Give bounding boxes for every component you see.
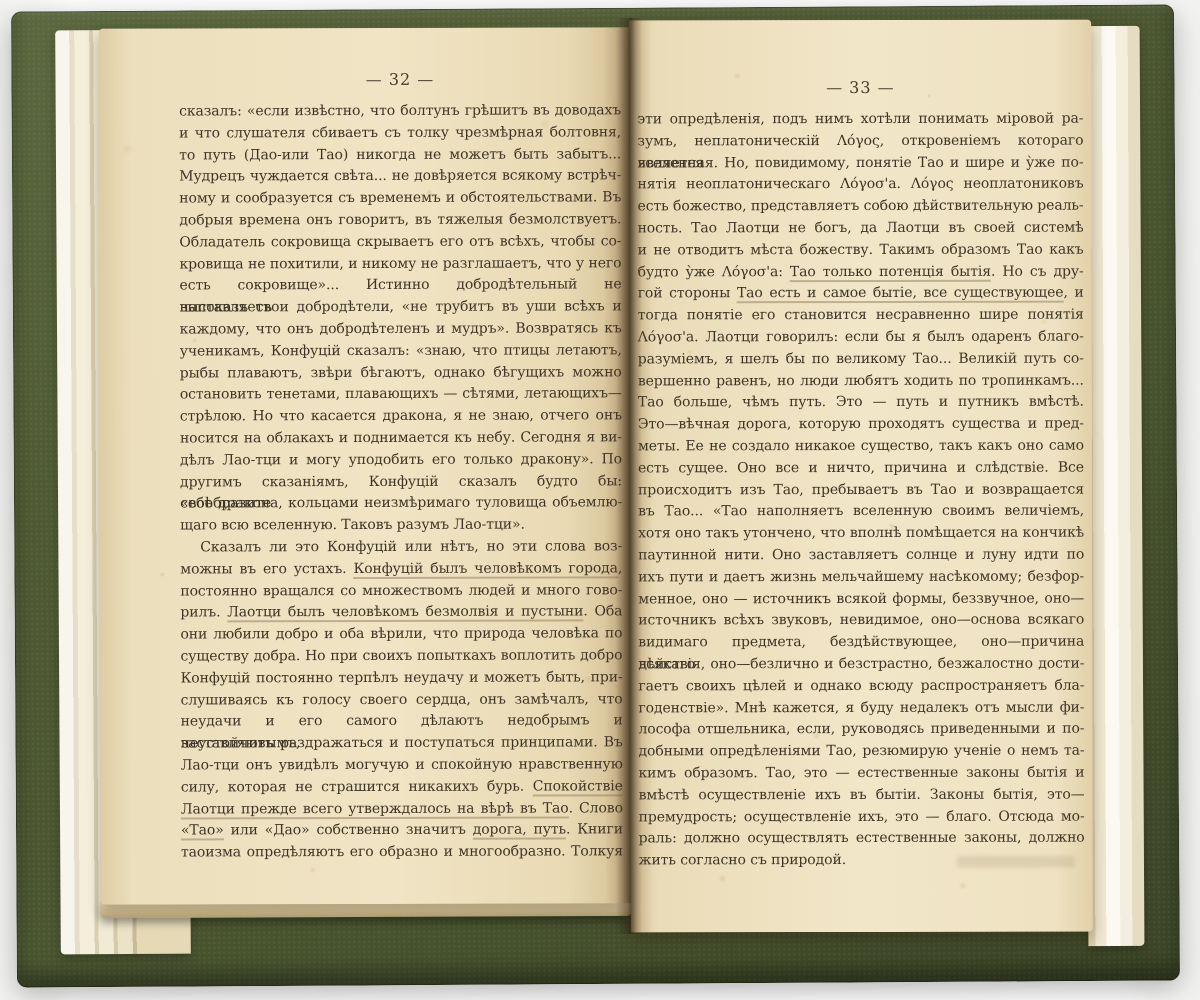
- text-line: ихъ пути и даетъ жизнь мельчайшему насѣк…: [638, 566, 1084, 589]
- pencil-underline: Лаотци прежде всего утверждалось на вѣрѣ…: [181, 800, 569, 819]
- text-line: ность. Тао Лаотци не богъ, да Лаотци въ …: [638, 218, 1084, 241]
- text-line: заставляютъ раздражаться и поступаться п…: [181, 732, 623, 755]
- text-line: и не отводитъ мѣста божеству. Такимъ обр…: [638, 239, 1084, 262]
- text-line: щаго всю вселенную. Таковъ разумъ Лао-тц…: [180, 514, 622, 537]
- text-line: постоянно вращался со множествомъ людей …: [180, 580, 622, 603]
- pencil-underline: Спокойствіе: [533, 778, 623, 796]
- text-line: Λόγοσ'а. Лаотци говорилъ: если бы я былъ…: [638, 327, 1084, 350]
- text-line: гаетъ своихъ цѣлей и однако всюду распро…: [638, 675, 1084, 698]
- page-number-header-33: — 33 —: [637, 78, 1083, 98]
- pencil-underline: дорога, путь: [473, 822, 566, 840]
- text-line: они любили добро и оба вѣрили, что приро…: [180, 623, 622, 646]
- text-line: неудачи и его самого дѣлаютъ недобрымъ и…: [181, 711, 623, 734]
- text-line: зумъ, неплатоническій Λόγος, откровеніем…: [637, 130, 1083, 153]
- text-line: гой стороны Тао есть и самое бытіе, все …: [638, 283, 1084, 306]
- text-line: добрыя времена онъ говоритъ, въ тяжелыя …: [179, 209, 621, 232]
- left-page: — 32 — сказалъ: «если извѣстно, что болт…: [99, 27, 631, 904]
- text-line: тогда понятіе его становится несравненно…: [638, 305, 1084, 328]
- text-line: то путь (Дао-или Тао) никогда не можетъ …: [179, 144, 621, 167]
- text-line: слушиваясь къ голосу своего сердца, онъ …: [181, 689, 623, 712]
- text-line: источникъ всѣхъ звуковъ, невидимое, оно—…: [638, 610, 1084, 633]
- left-page-text: — 32 — сказалъ: «если извѣстно, что болт…: [179, 69, 623, 864]
- text-line: Тао больше, чѣмъ путь. Это — путь и путн…: [638, 392, 1084, 415]
- text-line: можны въ его устахъ. Конфуцій былъ челов…: [180, 558, 622, 581]
- text-line: и что слушателя сбиваетъ съ толку чрезмѣ…: [179, 122, 621, 145]
- text-line: Лаотци прежде всего утверждалось на вѣрѣ…: [181, 798, 623, 821]
- book-photo: — 32 — сказалъ: «если извѣстно, что болт…: [0, 0, 1200, 1000]
- text-line: Это—вѣчная дорога, которую проходятъ сущ…: [638, 414, 1084, 437]
- text-line: будто у̀же Λόγοσ'а: Тао только потенція …: [638, 261, 1084, 284]
- text-line: силу, которая не страшится никакихъ бурь…: [181, 776, 623, 799]
- text-line: ному и сообразуется съ временемъ и обсто…: [179, 188, 621, 211]
- text-line: стрѣлою. Но что касается дракона, я не з…: [180, 405, 622, 428]
- text-line: Лао-тци онъ увидѣлъ могучую и спокойную …: [181, 754, 623, 777]
- text-line: «Тао» или «Дао» собственно значитъ дорог…: [181, 820, 623, 843]
- left-page-lines: сказалъ: «если извѣстно, что болтунъ грѣ…: [179, 100, 623, 864]
- text-line: таоизма опредѣляютъ его образно и многоо…: [181, 841, 623, 864]
- pencil-underline: Лаотци былъ человѣкомъ безмолвія и пусты…: [227, 604, 583, 623]
- text-line: Конфуцій постоянно терпѣлъ неудачу и мож…: [181, 667, 623, 690]
- text-line: другимъ сказаніямъ, Конфуцій сказалъ буд…: [180, 471, 622, 494]
- text-line: сказалъ: «если извѣстно, что болтунъ грѣ…: [179, 100, 621, 123]
- pencil-underline: Тао есть и самое бытіе, все существующее: [737, 285, 1064, 304]
- text-line: рилъ. Лаотци былъ человѣкомъ безмолвія и…: [180, 602, 622, 625]
- text-line: меты. Ее не создало никакое существо, та…: [638, 436, 1084, 459]
- pencil-underline: Тао только потенція бытія: [790, 263, 991, 281]
- text-line: есть сокровище»... Истинно добродѣтельны…: [180, 275, 622, 298]
- text-line: годенствіе». Мнѣ кажется, я буду недалек…: [638, 697, 1084, 720]
- text-line: есть сущее. Оно все и ничто, причина и с…: [638, 457, 1084, 480]
- text-line: себѣ дракона, кольцами неизмѣримаго туло…: [180, 493, 622, 516]
- pencil-underline: Конфуцій былъ человѣкомъ города: [353, 560, 617, 579]
- text-line: паутинной нити. Оно заставляетъ солнце и…: [638, 545, 1084, 568]
- text-line: хотя оно такъ утончено, что вполнѣ помѣщ…: [638, 523, 1084, 546]
- text-line: кимъ образомъ. Тао, это — естественные з…: [639, 763, 1085, 786]
- text-line: ученикамъ, Конфуцій сказалъ: «знаю, что …: [180, 340, 622, 363]
- right-page-lines: эти опредѣленія, подъ нимъ хотѣли понима…: [637, 109, 1084, 873]
- text-line: каждому, что онъ добродѣтеленъ и мудръ».…: [180, 318, 622, 341]
- text-line: раль: должно осуществлять естественные з…: [639, 828, 1085, 851]
- text-line: Сказалъ ли это Конфуцій или нѣтъ, но эти…: [180, 536, 622, 559]
- page-number-header-32: — 32 —: [179, 69, 621, 89]
- text-line: въ Тао... «Тао наполняетъ вселенную свои…: [638, 501, 1084, 524]
- text-line: Мудрецъ чуждается свѣта... не довѣряется…: [179, 166, 621, 189]
- text-line: добными опредѣленіями Тао, резюмирую уче…: [638, 741, 1084, 764]
- text-line: рыбы плаваютъ, звѣри бѣгаютъ, однако бѣг…: [180, 362, 622, 385]
- text-line: лософа отшельника, если, руководясь прив…: [638, 719, 1084, 742]
- right-page: — 33 — эти опредѣленія, подъ нимъ хотѣли…: [629, 20, 1093, 933]
- pencil-underline: «Тао»: [181, 823, 224, 841]
- text-line: остановить тенетами, плавающихъ — сѣтями…: [180, 384, 622, 407]
- text-line: премудрость; осуществленіе ихъ, это — бл…: [639, 806, 1085, 829]
- text-line: носится на облакахъ и поднимается къ неб…: [180, 427, 622, 450]
- text-line: существу добра. Но при своихъ попыткахъ …: [180, 645, 622, 668]
- text-line: напоказъ свои добродѣтели, «не трубитъ в…: [180, 296, 622, 319]
- text-line: кровища не похитили, и никому не разглаш…: [179, 253, 621, 276]
- text-line: нятія неоплатоническаго Λόγοσ'а. Λόγος н…: [637, 174, 1083, 197]
- text-line: вмѣстѣ осуществленіе ихъ въ бытіи. Закон…: [639, 784, 1085, 807]
- text-line: дѣйствія, оно—безлично и безстрастно, бе…: [638, 654, 1084, 677]
- page-block-edge-right: [1084, 26, 1145, 946]
- text-line: менное, оно — источникъ всякой формы, бе…: [638, 588, 1084, 611]
- right-page-text: — 33 — эти опредѣленія, подъ нимъ хотѣли…: [637, 78, 1084, 873]
- text-line: происходитъ изъ Тао, пребываетъ въ Тао и…: [638, 479, 1084, 502]
- text-line: есть божество, представляетъ собою дѣйст…: [638, 196, 1084, 219]
- text-line: вселенная. Но, повидимому, понятіе Тао и…: [637, 152, 1083, 175]
- text-line: видимаго предмета, бездѣйствующее, оно—п…: [638, 632, 1084, 655]
- text-line: дѣлъ Лао-тци и могу уподобить его только…: [180, 449, 622, 472]
- text-line: Обладатель сокровища скрываетъ его отъ в…: [179, 231, 621, 254]
- show-through-smudge: [957, 856, 1075, 868]
- text-line: разуміемъ, я шелъ бы по великому Тао... …: [638, 348, 1084, 371]
- text-line: вершенно равенъ, но люди любятъ ходить п…: [638, 370, 1084, 393]
- text-line: эти опредѣленія, подъ нимъ хотѣли понима…: [637, 109, 1083, 132]
